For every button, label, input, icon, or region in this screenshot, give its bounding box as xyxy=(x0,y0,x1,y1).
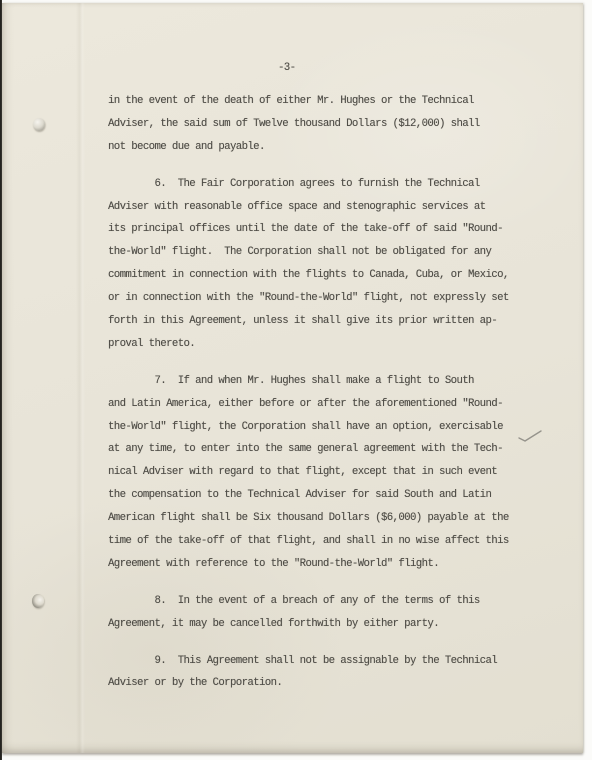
text-line: its principal offices until the date of … xyxy=(108,218,509,241)
paragraph-continuation: in the event of the death of either Mr. … xyxy=(108,90,509,159)
text-line: Adviser, the said sum of Twelve thousand… xyxy=(108,113,509,136)
text-line: the-World" flight, the Corporation shall… xyxy=(108,416,509,439)
text-line: Adviser with reasonable office space and… xyxy=(108,196,509,219)
paper-fastener-top-icon xyxy=(33,118,45,131)
text-line: nical Adviser with regard to that flight… xyxy=(108,461,509,484)
text-line: and Latin America, either before or afte… xyxy=(108,393,509,416)
text-line: 6. The Fair Corporation agrees to furnis… xyxy=(108,173,509,196)
scan-left-edge xyxy=(0,0,2,760)
paragraph-7: 7. If and when Mr. Hughes shall make a f… xyxy=(108,370,509,576)
text-line: or in connection with the "Round-the-Wor… xyxy=(108,287,509,310)
text-line: not become due and payable. xyxy=(108,136,509,159)
text-line: Adviser or by the Corporation. xyxy=(108,672,509,695)
paper-fastener-bottom-icon xyxy=(32,594,44,608)
text-line: at any time, to enter into the same gene… xyxy=(108,438,509,461)
text-line: 8. In the event of a breach of any of th… xyxy=(108,590,509,613)
text-line: 9. This Agreement shall not be assignabl… xyxy=(108,650,509,673)
paragraph-8: 8. In the event of a breach of any of th… xyxy=(108,590,509,636)
paragraph-6: 6. The Fair Corporation agrees to furnis… xyxy=(108,173,509,356)
text-line: proval thereto. xyxy=(108,333,509,356)
text-line: in the event of the death of either Mr. … xyxy=(108,90,509,113)
text-line: forth in this Agreement, unless it shall… xyxy=(108,310,509,333)
paragraph-9: 9. This Agreement shall not be assignabl… xyxy=(108,650,509,696)
text-line: Agreement, it may be cancelled forthwith… xyxy=(108,613,509,636)
text-line: the-World" flight. The Corporation shall… xyxy=(108,241,509,264)
text-line: time of the take-off of that flight, and… xyxy=(108,530,509,553)
text-line: commitment in connection with the flight… xyxy=(108,264,509,287)
text-line: 7. If and when Mr. Hughes shall make a f… xyxy=(108,370,509,393)
paper-crease xyxy=(76,3,85,753)
document-body: in the event of the death of either Mr. … xyxy=(108,90,509,695)
text-line: American flight shall be Six thousand Do… xyxy=(108,507,509,530)
pencil-checkmark-icon xyxy=(517,427,543,447)
text-line: Agreement with reference to the "Round-t… xyxy=(108,553,509,576)
scanned-document-page: -3- in the event of the death of either … xyxy=(0,0,592,760)
page-number: -3- xyxy=(278,62,295,74)
text-line: the compensation to the Technical Advise… xyxy=(108,484,509,507)
